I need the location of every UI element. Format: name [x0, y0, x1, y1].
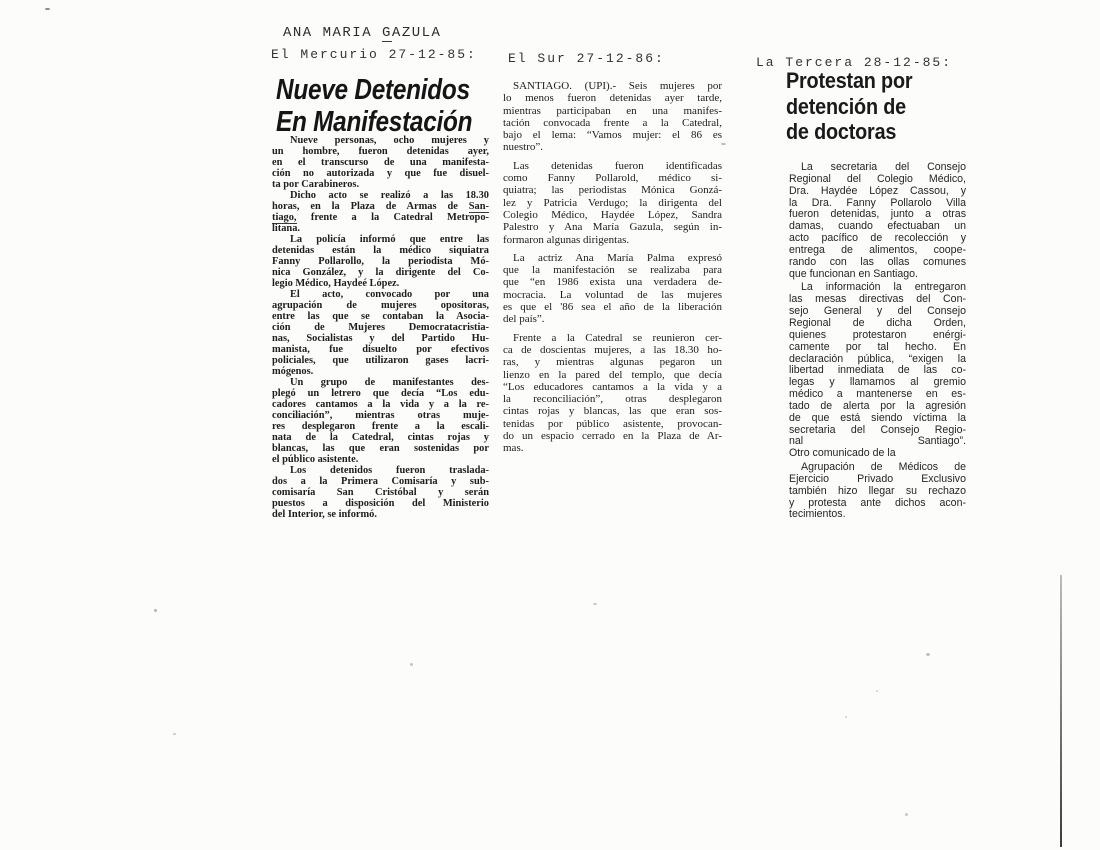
paragraph: Nueve personas, ocho mujeres yun hombre,…	[272, 135, 489, 190]
article-line: cintas rojas y blancas, las que eran sos…	[503, 405, 722, 417]
article-line: ca de doscientas mujeres, a las 18.30 ho…	[503, 344, 722, 356]
headline-line: Protestan por	[786, 68, 912, 94]
article-line: Colegio Médico, Haydée López, Sandra	[503, 209, 722, 221]
scan-speck	[845, 716, 847, 718]
article-line: lez y Patricia Verdugo; la dirigenta del	[503, 197, 722, 209]
article-line: nata de la Catedral, cintas rojas y	[272, 432, 489, 443]
article-line: como Fanny Pollarold, médico si-	[503, 172, 722, 184]
article-line: conciliación”, mientras otras muje-	[272, 410, 489, 421]
article-line: es que el '86 sea el año de la liberació…	[503, 301, 722, 313]
article-body-el-mercurio: Nueve personas, ocho mujeres yun hombre,…	[272, 135, 489, 520]
article-line: litana.	[272, 223, 489, 234]
scan-speck	[721, 143, 726, 145]
scan-edge-line	[1060, 575, 1062, 847]
paragraph: La información la entregaronlas mesas di…	[789, 282, 966, 460]
article-line: lo menos fueron detenidas ayer tarde,	[503, 92, 722, 104]
article-line: bajo el lema: “Vamos mujer: el 86 es	[503, 129, 722, 141]
article-line: “Los educadores cantamos a la vida y a	[503, 381, 722, 393]
paragraph: La policía informó que entre lasdetenida…	[272, 234, 489, 289]
article-line: Fanny Pollarollo, la periodista Mó-	[272, 256, 489, 267]
paragraph: Los detenidos fueron traslada-dos a la P…	[272, 465, 489, 520]
article-line: manista, fue disuelto por efectivos	[272, 344, 489, 355]
paragraph: El acto, convocado por unaagrupación de …	[272, 289, 489, 377]
paragraph: SANTIAGO. (UPI).- Seis mujeres porlo men…	[503, 80, 722, 154]
article-line: formaron algunas dirigentas.	[503, 234, 722, 246]
article-line: nuestro”.	[503, 141, 722, 153]
scan-speck	[154, 609, 157, 612]
article-body-la-tercera: La secretaria del ConsejoRegional del Co…	[789, 162, 966, 521]
article-line: Los detenidos fueron traslada-	[272, 465, 489, 476]
headline-line: de doctoras	[786, 119, 912, 145]
article-line: un hombre, fueron detenidas ayer,	[272, 146, 489, 157]
paragraph: Agrupación de Médicos deEjercicio Privad…	[789, 462, 966, 521]
article-line: dos a la Primera Comisaría y sub-	[272, 476, 489, 487]
article-line: puestos a disposición del Ministerio	[272, 498, 489, 509]
article-line: Nueve personas, ocho mujeres y	[272, 135, 489, 146]
article-line: el público asistente.	[272, 454, 489, 465]
scan-speck	[45, 8, 50, 10]
paragraph: Frente a la Catedral se reunieron cer-ca…	[503, 332, 722, 455]
headline-protestan-por: Protestan pordetención dede doctoras	[786, 68, 926, 145]
article-line: que la manifestación se realizaba para	[503, 264, 722, 276]
article-line: Otro comunicado de la	[789, 448, 966, 460]
article-line: cadores cantamos a la vida y a la re-	[272, 399, 489, 410]
article-line: quiatra; las periodistas Mónica Gonzá-	[503, 184, 722, 196]
article-line: Palestro y Ana María Gazula, según in-	[503, 221, 722, 233]
article-line: Las detenidas fueron identificadas	[503, 160, 722, 172]
paragraph: Un grupo de manifestantes des-plegó un l…	[272, 377, 489, 465]
article-line: ta por Carabineros.	[272, 179, 489, 190]
article-line: tecimientos.	[789, 509, 966, 521]
article-line: Un grupo de manifestantes des-	[272, 377, 489, 388]
article-line: nas, Socialistas y del Partido Hu-	[272, 333, 489, 344]
paragraph: La actriz Ana María Palma expresóque la …	[503, 252, 722, 326]
article-line: ción no autorizada y que fue disuel-	[272, 168, 489, 179]
article-line: entre las que se contaban la Asocia-	[272, 311, 489, 322]
article-line: mientras participaban en una manifes-	[503, 105, 722, 117]
article-line: comisaría San Cristóbal y serán	[272, 487, 489, 498]
scan-speck	[876, 690, 878, 692]
source-el-sur: El Sur 27-12-86:	[508, 51, 665, 66]
scan-speck	[905, 813, 908, 816]
paragraph: Dicho acto se realizó a las 18.30horas, …	[272, 190, 489, 234]
paragraph: La secretaria del ConsejoRegional del Co…	[789, 162, 966, 280]
article-line: ras, y mientras algunas pegaron un	[503, 356, 722, 368]
article-line: ción de Mujeres Democratacristia-	[272, 322, 489, 333]
source-el-mercurio: El Mercurio 27-12-85:	[271, 47, 477, 62]
scan-speck	[410, 663, 413, 666]
scanned-page: ANA MARIA GAZULA El Mercurio 27-12-85: N…	[0, 0, 1100, 850]
article-line: plegó un letrero que decía “Los edu-	[272, 388, 489, 399]
article-line: nica González, y la dirigente del Co-	[272, 267, 489, 278]
article-line: tación convocada frente a la Catedral,	[503, 117, 722, 129]
article-line: detenidas están la médico siquiatra	[272, 245, 489, 256]
article-line: lienzo en la pared del templo, que decía	[503, 369, 722, 381]
article-line: El acto, convocado por una	[272, 289, 489, 300]
article-line: agrupación de mujeres opositoras,	[272, 300, 489, 311]
article-line: en el transcurso de una manifesta-	[272, 157, 489, 168]
article-line: del Interior, se informó.	[272, 509, 489, 520]
article-line: mocracia. La voluntad de las mujeres	[503, 289, 722, 301]
article-line: La policía informó que entre las	[272, 234, 489, 245]
headline-line: detención de	[786, 94, 912, 120]
article-line: legio Médico, Haydeé López.	[272, 278, 489, 289]
article-line: horas, en la Plaza de Armas de San-	[272, 201, 489, 212]
article-line: La actriz Ana María Palma expresó	[503, 252, 722, 264]
article-line: blancas, las que eran sostenidas por	[272, 443, 489, 454]
headline-line: Nueve Detenidos	[276, 75, 472, 107]
paragraph: Las detenidas fueron identificadascomo F…	[503, 160, 722, 246]
article-body-el-sur: SANTIAGO. (UPI).- Seis mujeres porlo men…	[503, 80, 722, 455]
article-line: que “en 1986 exista una verdadera de-	[503, 276, 722, 288]
article-line: do un espacio cerrado en la Plaza de Ar-	[503, 430, 722, 442]
article-line: res desplegaron frente a la escali-	[272, 421, 489, 432]
article-line: SANTIAGO. (UPI).- Seis mujeres por	[503, 80, 722, 92]
article-line: Dicho acto se realizó a las 18.30	[272, 190, 489, 201]
article-line: policiales, que utilizaron gases lacri-	[272, 355, 489, 366]
headline-line: En Manifestación	[276, 107, 472, 139]
article-line: tenidas por público asistente, provocan-	[503, 418, 722, 430]
headline-nueve-detenidos: Nueve DetenidosEn Manifestación	[276, 75, 510, 138]
byline: ANA MARIA GAZULA	[283, 25, 441, 41]
scan-speck	[173, 733, 176, 735]
article-line: que funcionan en Santiago.	[789, 269, 966, 281]
article-line: del país”.	[503, 313, 722, 325]
article-line: mógenos.	[272, 366, 489, 377]
article-line: mas.	[503, 442, 722, 454]
article-line: tiago, frente a la Catedral Metropo-	[272, 212, 489, 223]
scan-speck	[593, 603, 597, 605]
scan-speck	[926, 653, 930, 656]
article-line: la reconciliación”, otras desplegaron	[503, 393, 722, 405]
article-line: Frente a la Catedral se reunieron cer-	[503, 332, 722, 344]
